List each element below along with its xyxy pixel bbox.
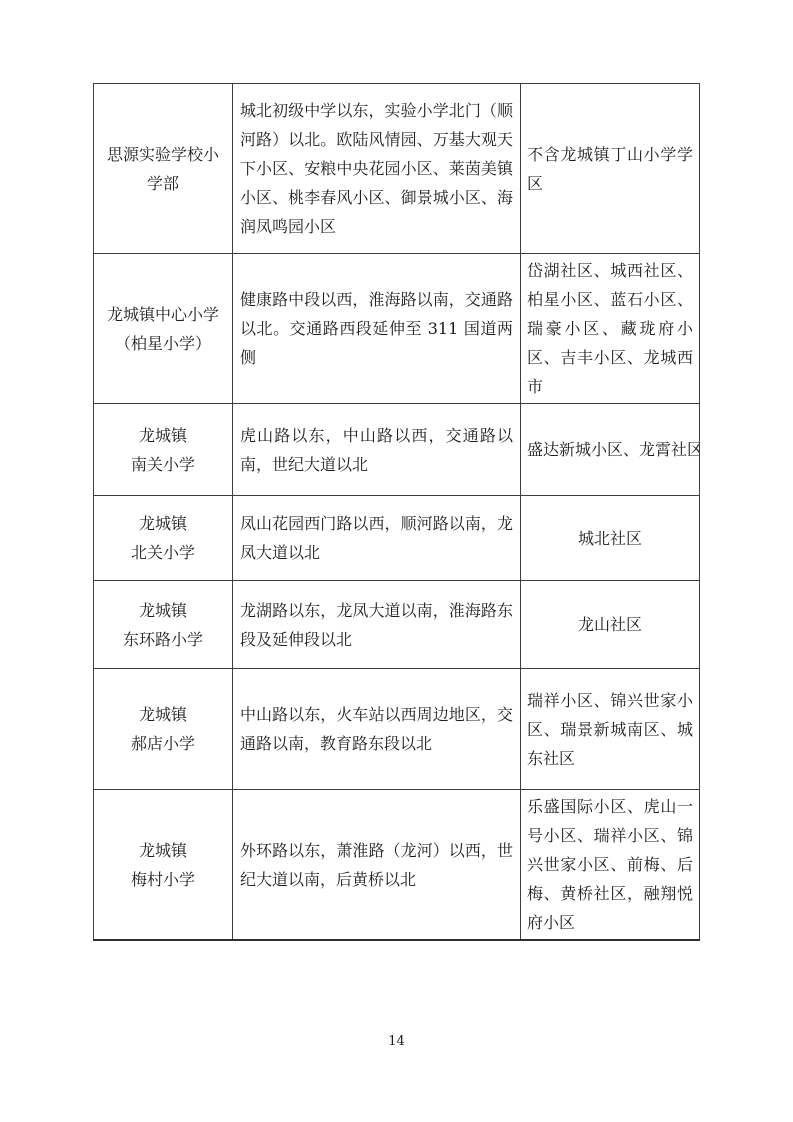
school-name-cell: 龙城镇 南关小学	[94, 404, 233, 496]
school-name-cell: 龙城镇 东环路小学	[94, 581, 233, 669]
table-row: 龙城镇 梅村小学 外环路以东，萧淮路（龙河）以西，世纪大道以南，后黄桥以北 乐盛…	[94, 790, 700, 941]
table-row: 龙城镇 南关小学 虎山路以东，中山路以西，交通路以南，世纪大道以北 盛达新城小区…	[94, 404, 700, 496]
table-row: 龙城镇 东环路小学 龙湖路以东，龙凤大道以南，淮海路东段及延伸段以北 龙山社区	[94, 581, 700, 669]
communities-cell: 城北社区	[521, 496, 700, 581]
boundary-cell: 龙湖路以东，龙凤大道以南，淮海路东段及延伸段以北	[233, 581, 521, 669]
school-name-cell: 龙城镇 北关小学	[94, 496, 233, 581]
school-name-cell: 龙城镇 郝店小学	[94, 669, 233, 790]
table-row: 思源实验学校小 学部 城北初级中学以东，实验小学北门（顺河路）以北。欧陆风情园、…	[94, 84, 700, 254]
table-row: 龙城镇 北关小学 凤山花园西门路以西，顺河路以南，龙凤大道以北 城北社区	[94, 496, 700, 581]
school-district-table: 思源实验学校小 学部 城北初级中学以东，实验小学北门（顺河路）以北。欧陆风情园、…	[93, 83, 700, 941]
communities-cell: 岱湖社区、城西社区、柏星小区、蓝石小区、瑞豪小区、藏珑府小区、吉丰小区、龙城西市	[521, 254, 700, 404]
communities-cell: 乐盛国际小区、虎山一号小区、瑞祥小区、锦兴世家小区、前梅、后梅、黄桥社区，融翔悦…	[521, 790, 700, 941]
boundary-cell: 外环路以东，萧淮路（龙河）以西，世纪大道以南，后黄桥以北	[233, 790, 521, 941]
boundary-cell: 虎山路以东，中山路以西，交通路以南，世纪大道以北	[233, 404, 521, 496]
table-row: 龙城镇 郝店小学 中山路以东，火车站以西周边地区，交通路以南，教育路东段以北 瑞…	[94, 669, 700, 790]
school-name-cell: 龙城镇中心小学 （柏星小学）	[94, 254, 233, 404]
communities-cell: 不含龙城镇丁山小学学区	[521, 84, 700, 254]
boundary-cell: 城北初级中学以东，实验小学北门（顺河路）以北。欧陆风情园、万基大观天下小区、安粮…	[233, 84, 521, 254]
communities-cell: 盛达新城小区、龙霄社区	[521, 404, 700, 496]
boundary-cell: 中山路以东，火车站以西周边地区，交通路以南，教育路东段以北	[233, 669, 521, 790]
boundary-cell: 健康路中段以西，淮海路以南，交通路以北。交通路西段延伸至 311 国道两侧	[233, 254, 521, 404]
boundary-cell: 凤山花园西门路以西，顺河路以南，龙凤大道以北	[233, 496, 521, 581]
communities-cell: 瑞祥小区、锦兴世家小区、瑞景新城南区、城东社区	[521, 669, 700, 790]
school-name-cell: 思源实验学校小 学部	[94, 84, 233, 254]
page-number: 14	[0, 1034, 793, 1049]
table-row: 龙城镇中心小学 （柏星小学） 健康路中段以西，淮海路以南，交通路以北。交通路西段…	[94, 254, 700, 404]
school-name-cell: 龙城镇 梅村小学	[94, 790, 233, 941]
communities-cell: 龙山社区	[521, 581, 700, 669]
document-page: 思源实验学校小 学部 城北初级中学以东，实验小学北门（顺河路）以北。欧陆风情园、…	[0, 0, 793, 1122]
